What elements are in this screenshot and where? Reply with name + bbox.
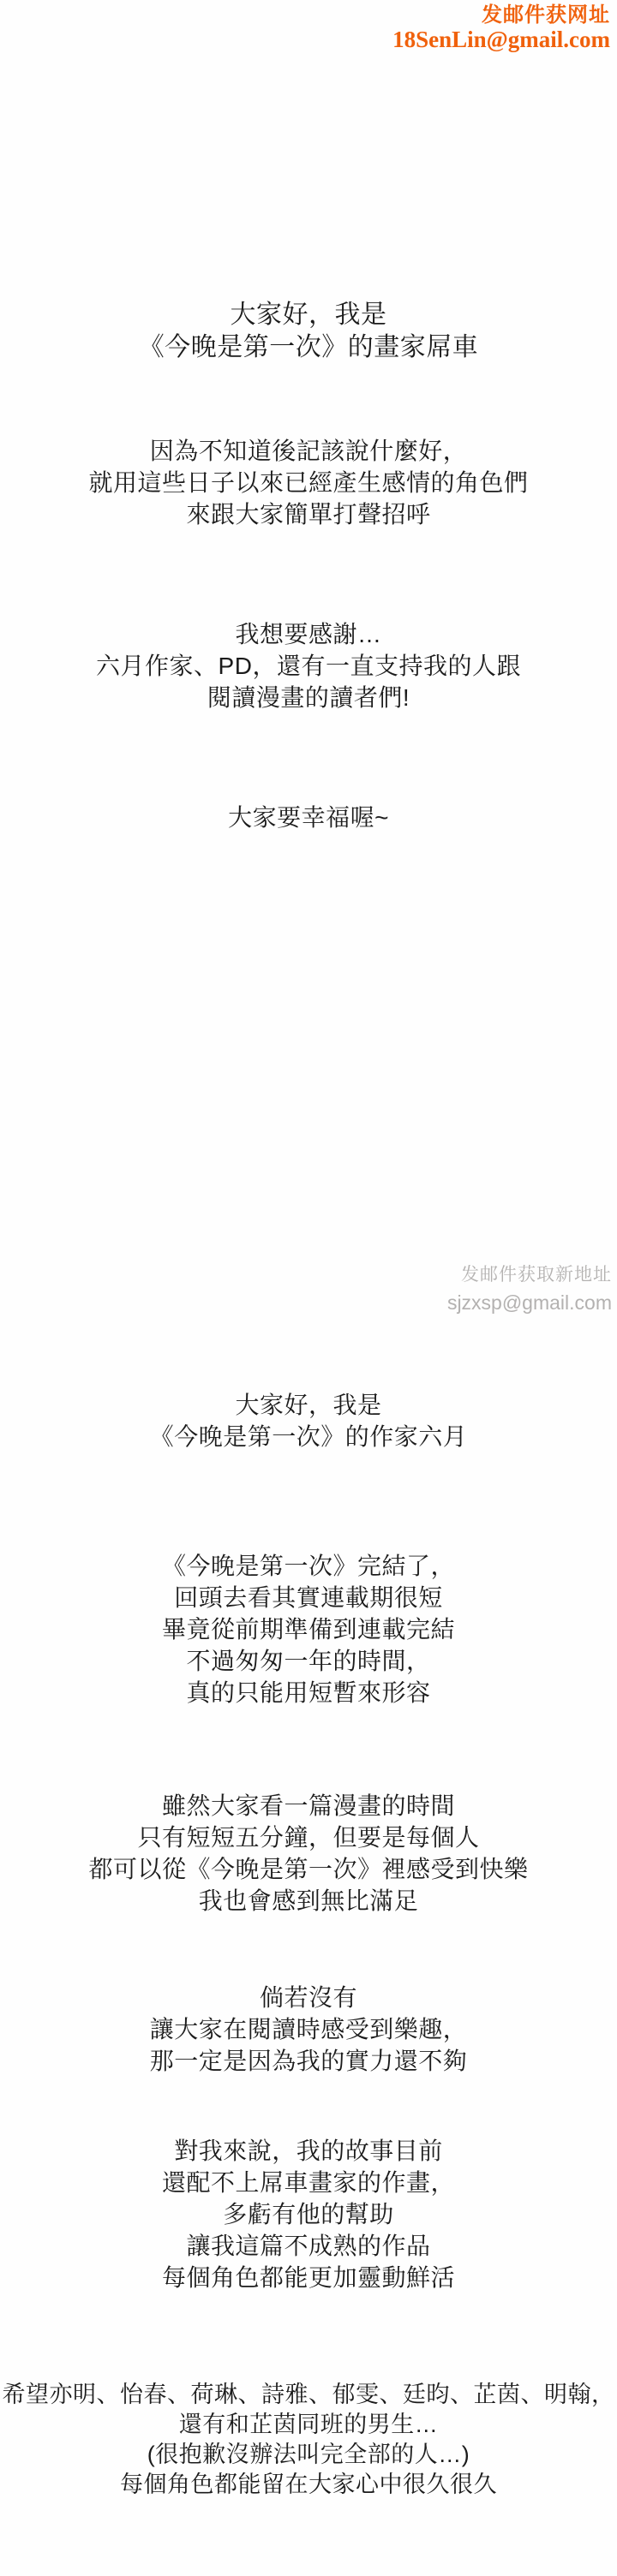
text-line: 真的只能用短暫來形容	[0, 1677, 617, 1708]
writer-retrospect-paragraph: 《今晚是第一次》完結了， 回頭去看其實連載期很短 畢竟從前期準備到連載完結 不過…	[0, 1550, 617, 1708]
writer-characters-paragraph: 希望亦明、怡春、荷琳、詩雅、郁雯、廷昀、芷茵、明翰， 還有和芷茵同班的男生… (…	[0, 2380, 617, 2500]
writer-greeting-paragraph: 大家好，我是 《今晚是第一次》的作家六月	[0, 1389, 617, 1452]
text-line: 我想要感謝…	[0, 618, 617, 650]
text-line: 多虧有他的幫助	[0, 2198, 617, 2230]
text-line: 希望亦明、怡春、荷琳、詩雅、郁雯、廷昀、芷茵、明翰，	[0, 2380, 617, 2410]
text-line: 閱讀漫畫的讀者們!	[0, 682, 617, 713]
text-line: 《今晚是第一次》的作家六月	[0, 1421, 617, 1452]
text-line: 畢竟從前期準備到連載完結	[0, 1613, 617, 1645]
text-line: 還有和芷茵同班的男生…	[0, 2410, 617, 2440]
text-line: 每個角色都能更加靈動鮮活	[0, 2262, 617, 2293]
text-line: 對我來說，我的故事目前	[0, 2135, 617, 2167]
text-line: 讓大家在閱讀時感受到樂趣，	[0, 2013, 617, 2045]
text-line: 都可以從《今晚是第一次》裡感受到快樂	[0, 1853, 617, 1885]
text-line: 還配不上屌車畫家的作畫，	[0, 2167, 617, 2198]
artist-farewell-paragraph: 大家要幸福喔~	[0, 802, 617, 833]
text-line: 來跟大家簡單打聲招呼	[0, 498, 617, 530]
text-line: 每個角色都能留在大家心中很久很久	[0, 2470, 617, 2500]
watermark-email-text: sjzxsp@gmail.com	[447, 1289, 612, 1317]
writer-joy-paragraph: 雖然大家看一篇漫畫的時間 只有短短五分鐘，但要是每個人 都可以從《今晚是第一次》…	[0, 1790, 617, 1917]
text-line: 就用這些日子以來已經產生感情的角色們	[0, 467, 617, 498]
watermark-notice-text: 发邮件获取新地址	[447, 1261, 612, 1289]
afterword-page: 发邮件获网址 18SenLin@gmail.com 大家好，我是 《今晚是第一次…	[0, 0, 617, 2576]
text-line: 倘若沒有	[0, 1982, 617, 2013]
text-line: 只有短短五分鐘，但要是每個人	[0, 1822, 617, 1853]
site-watermark-middle: 发邮件获取新地址 sjzxsp@gmail.com	[447, 1261, 612, 1317]
site-watermark-top: 发邮件获网址 18SenLin@gmail.com	[392, 3, 610, 52]
text-line: (很抱歉沒辦法叫完全部的人…)	[0, 2440, 617, 2470]
text-line: 大家要幸福喔~	[0, 802, 617, 833]
text-line: 六月作家、PD，還有一直支持我的人跟	[0, 650, 617, 682]
text-line: 大家好，我是	[0, 1389, 617, 1421]
text-line: 大家好，我是	[0, 299, 617, 331]
artist-reason-paragraph: 因為不知道後記該說什麼好， 就用這些日子以來已經產生感情的角色們 來跟大家簡單打…	[0, 435, 617, 530]
text-line: 我也會感到無比滿足	[0, 1885, 617, 1917]
text-line: 《今晚是第一次》完結了，	[0, 1550, 617, 1582]
text-line: 雖然大家看一篇漫畫的時間	[0, 1790, 617, 1822]
watermark-email-text: 18SenLin@gmail.com	[392, 27, 610, 52]
text-line: 因為不知道後記該說什麼好，	[0, 435, 617, 467]
text-line: 讓我這篇不成熟的作品	[0, 2230, 617, 2262]
artist-thanks-paragraph: 我想要感謝… 六月作家、PD，還有一直支持我的人跟 閱讀漫畫的讀者們!	[0, 618, 617, 713]
text-line: 回頭去看其實連載期很短	[0, 1582, 617, 1613]
text-line: 那一定是因為我的實力還不夠	[0, 2045, 617, 2077]
writer-credit-paragraph: 對我來說，我的故事目前 還配不上屌車畫家的作畫， 多虧有他的幫助 讓我這篇不成熟…	[0, 2135, 617, 2293]
artist-greeting-paragraph: 大家好，我是 《今晚是第一次》的畫家屌車	[0, 299, 617, 364]
text-line: 不過匆匆一年的時間，	[0, 1645, 617, 1677]
text-line: 《今晚是第一次》的畫家屌車	[0, 331, 617, 364]
writer-humility-paragraph: 倘若沒有 讓大家在閱讀時感受到樂趣， 那一定是因為我的實力還不夠	[0, 1982, 617, 2077]
watermark-notice-text: 发邮件获网址	[392, 3, 610, 27]
